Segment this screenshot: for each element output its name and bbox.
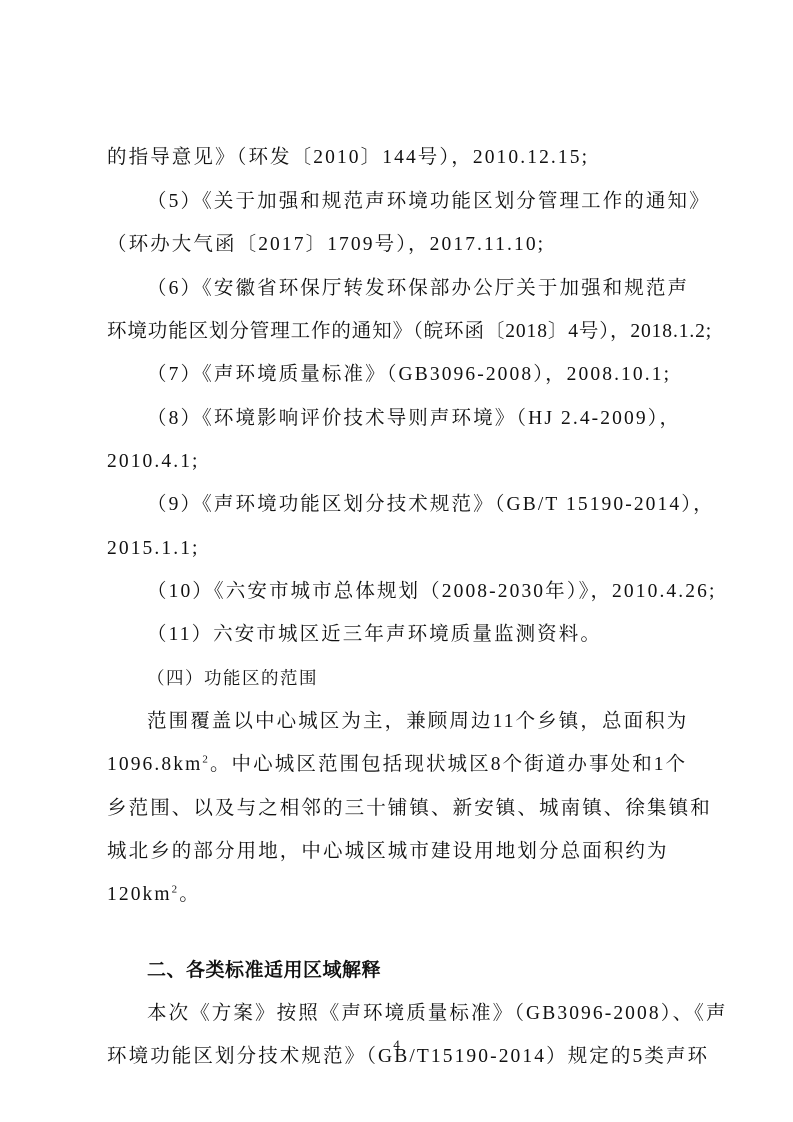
reference-7: （7）《声环境质量标准》（GB3096-2008），2008.10.1;	[147, 363, 733, 387]
reference-11: （11）六安市城区近三年声环境质量监测资料。	[147, 623, 733, 647]
superscript: 2	[202, 754, 210, 766]
area-value: 120km	[107, 884, 172, 905]
reference-8-continuation: 2010.4.1;	[107, 450, 693, 474]
paragraph-line: 1096.8km2。中心城区范围包括现状城区8个街道办事处和1个	[107, 753, 693, 777]
paragraph-line: 乡范围、以及与之相邻的三十铺镇、新安镇、城南镇、徐集镇和	[107, 797, 693, 821]
reference-5: （5）《关于加强和规范声环境功能区划分管理工作的通知》	[147, 190, 733, 214]
reference-5-continuation: （环办大气函〔2017〕1709号），2017.11.10;	[107, 233, 693, 257]
paragraph-text: 。	[179, 884, 201, 905]
reference-6: （6）《安徽省环保厅转发环保部办公厅关于加强和规范声	[147, 277, 733, 301]
area-value: 1096.8km	[107, 754, 202, 775]
paragraph-line: 本次《方案》按照《声环境质量标准》（GB3096-2008）、《声	[147, 1002, 733, 1026]
paragraph-line: 城北乡的部分用地，中心城区城市建设用地划分总面积约为	[107, 840, 693, 864]
paragraph-line: 120km2。	[107, 883, 693, 907]
reference-9: （9）《声环境功能区划分技术规范》（GB/T 15190-2014），	[147, 493, 733, 517]
reference-10: （10）《六安市城市总体规划（2008-2030年）》，2010.4.26;	[147, 580, 733, 604]
section-heading: 二、各类标准适用区域解释	[147, 958, 733, 982]
paragraph-text: 。中心城区范围包括现状城区8个街道办事处和1个	[210, 754, 687, 775]
page-number: 4	[0, 1037, 793, 1053]
section-subheading: （四）功能区的范围	[147, 667, 733, 691]
reference-4-continuation: 的指导意见》（环发〔2010〕144号），2010.12.15;	[107, 146, 693, 170]
document-page: 的指导意见》（环发〔2010〕144号），2010.12.15; （5）《关于加…	[0, 0, 793, 1122]
paragraph-line: 范围覆盖以中心城区为主，兼顾周边11个乡镇，总面积为	[147, 710, 733, 734]
reference-9-continuation: 2015.1.1;	[107, 537, 693, 561]
reference-6-continuation: 环境功能区划分管理工作的通知》（皖环函〔2018〕4号），2018.1.2;	[107, 320, 693, 344]
reference-8: （8）《环境影响评价技术导则声环境》（HJ 2.4-2009），	[147, 407, 733, 431]
